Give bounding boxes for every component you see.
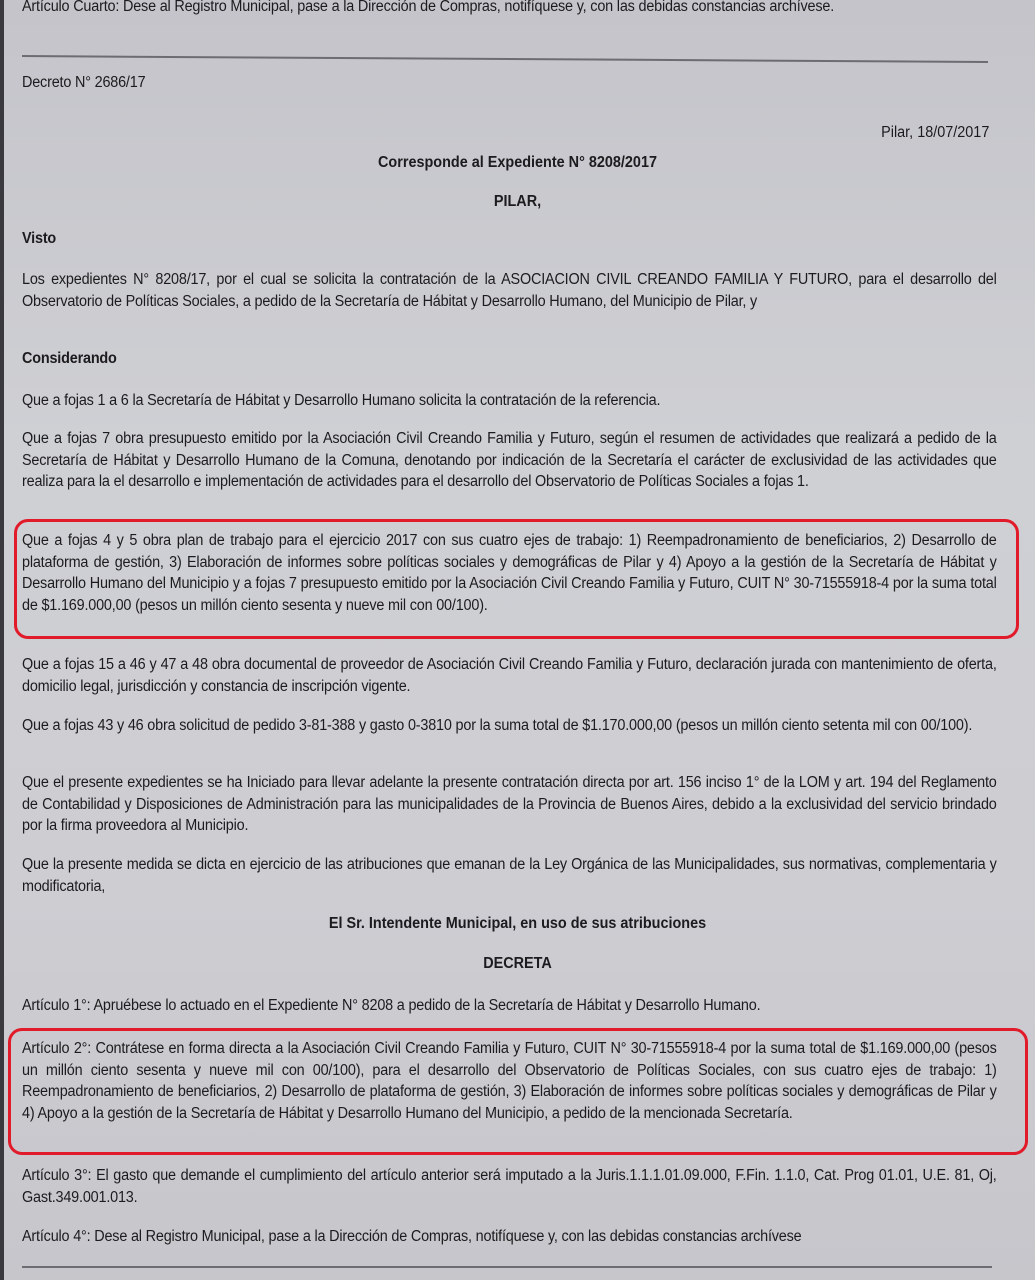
intendente-heading: El Sr. Intendente Municipal, en uso de s… — [36, 915, 999, 933]
considerando-6: Que el presente expedientes se ha Inicia… — [22, 772, 997, 837]
previous-decree-closing: Artículo Cuarto: Dese al Registro Munici… — [22, 0, 997, 18]
articulo-4: Artículo 4°: Dese al Registro Municipal,… — [22, 1226, 997, 1248]
considerando-7: Que la presente medida se dicta en ejerc… — [22, 854, 997, 897]
articulo-2: Artículo 2°: Contrátese en forma directa… — [22, 1038, 997, 1124]
photo-edge — [0, 0, 4, 1280]
decree-number: Decreto N° 2686/17 — [22, 72, 997, 94]
articulo-3: Artículo 3°: El gasto que demande el cum… — [22, 1165, 997, 1208]
document-page: Artículo Cuarto: Dese al Registro Munici… — [0, 0, 1035, 1280]
considerando-2: Que a fojas 7 obra presupuesto emitido p… — [22, 428, 997, 493]
considerando-1: Que a fojas 1 a 6 la Secretaría de Hábit… — [22, 390, 997, 412]
considerando-4: Que a fojas 15 a 46 y 47 a 48 obra docum… — [22, 654, 997, 697]
visto-text: Los expedientes N° 8208/17, por el cual … — [22, 269, 997, 312]
bottom-divider — [22, 1266, 992, 1268]
city-heading: PILAR, — [36, 193, 999, 211]
considerando-5: Que a fojas 43 y 46 obra solicitud de pe… — [22, 715, 997, 737]
expediente-heading: Corresponde al Expediente N° 8208/2017 — [36, 154, 999, 172]
section-divider — [22, 55, 988, 63]
decreta-heading: DECRETA — [36, 955, 999, 973]
considerando-heading: Considerando — [22, 348, 997, 370]
considerando-3: Que a fojas 4 y 5 obra plan de trabajo p… — [22, 530, 997, 616]
place-date: Pilar, 18/07/2017 — [881, 124, 989, 142]
articulo-1: Artículo 1°: Apruébese lo actuado en el … — [22, 995, 997, 1017]
visto-heading: Visto — [22, 228, 997, 250]
